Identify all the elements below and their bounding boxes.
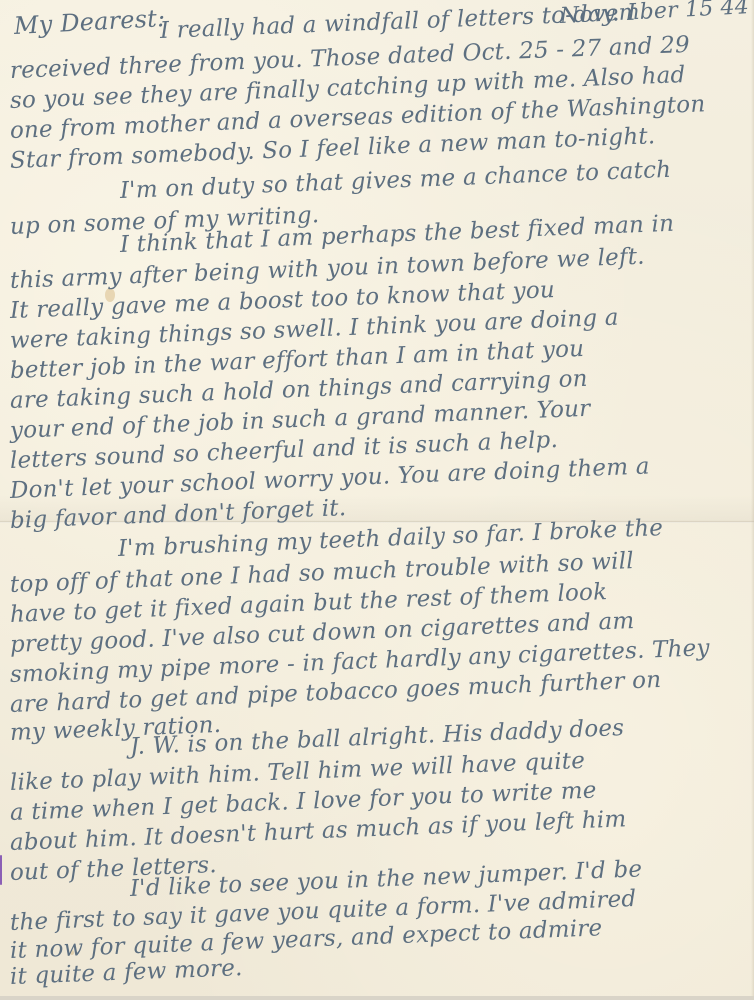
margin-ink-mark bbox=[0, 855, 2, 885]
paper-bottom-edge bbox=[0, 996, 754, 1000]
salutation: My Dearest: bbox=[13, 4, 166, 40]
letter-page: My Dearest: November 15 44 I really had … bbox=[0, 0, 754, 1000]
